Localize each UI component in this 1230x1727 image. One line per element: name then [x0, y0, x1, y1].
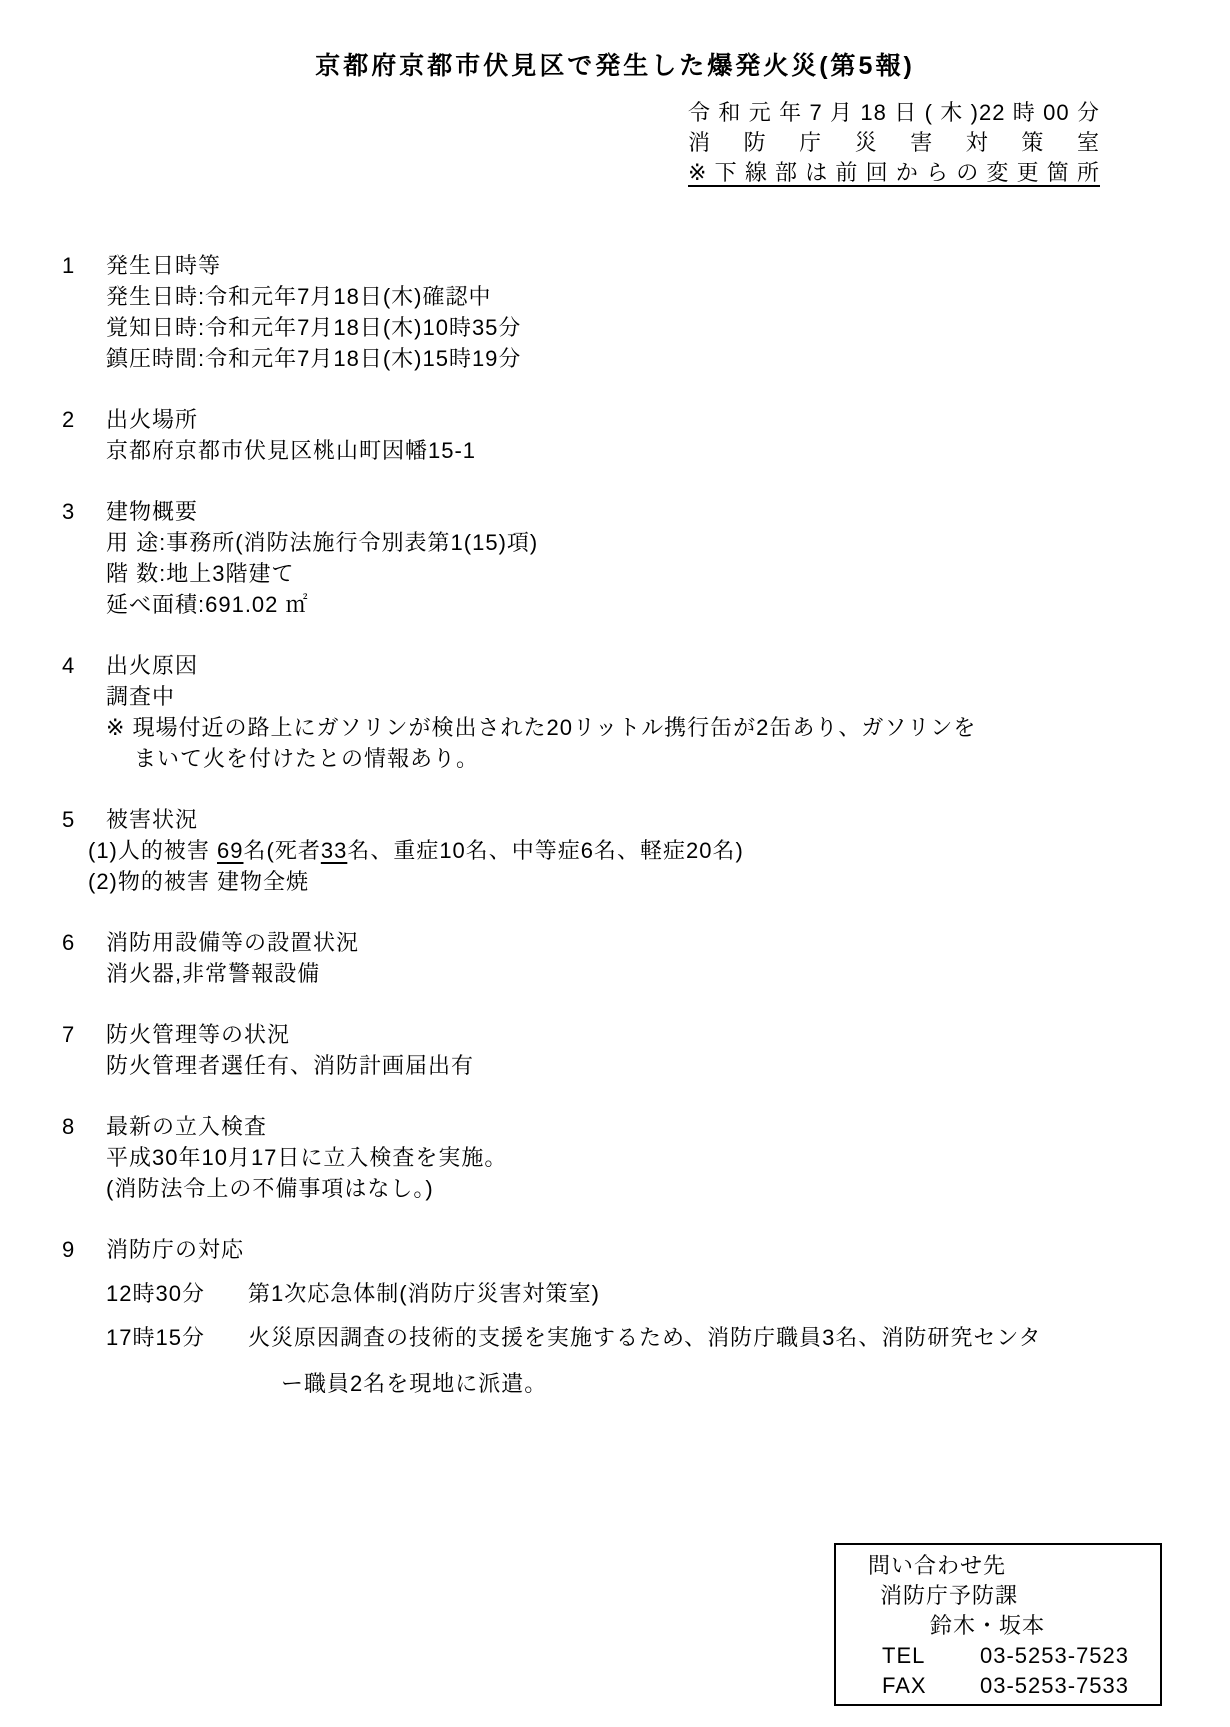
contact-fax-row: FAX 03-5253-7533	[882, 1671, 1160, 1701]
section-2-title: 出火場所	[106, 404, 198, 435]
tel-number: 03-5253-7523	[980, 1641, 1129, 1671]
contact-box: 問い合わせ先 消防庁予防課 鈴木・坂本 TEL 03-5253-7523 FAX…	[834, 1543, 1162, 1706]
section-7-title: 防火管理等の状況	[106, 1019, 290, 1050]
section-9-title: 消防庁の対応	[106, 1234, 244, 1265]
contact-tel-row: TEL 03-5253-7523	[882, 1641, 1160, 1671]
sections: 1 発生日時等 発生日時:令和元年7月18日(木)確認中 覚知日時:令和元年7月…	[62, 250, 1230, 1399]
section-3: 3 建物概要 用 途:事務所(消防法施行令別表第1(15)項) 階 数:地上3階…	[62, 496, 1230, 620]
section-7-number: 7	[62, 1019, 106, 1050]
section-4-gasoline-note-cont: まいて火を付けたとの情報あり。	[134, 743, 1230, 774]
section-3-title: 建物概要	[106, 496, 198, 527]
header-block: 令和元年7月18日(木)22時00分 消防庁災害対策室 ※下線部は前回からの変更…	[688, 98, 1100, 188]
section-8-inspection-date: 平成30年10月17日に立入検査を実施。	[106, 1142, 1230, 1173]
entry-2-text: 火災原因調査の技術的支援を実施するため、消防庁職員3名、消防研究センタ	[248, 1322, 1041, 1353]
death-count: 33	[321, 838, 347, 863]
contact-heading: 問い合わせ先	[868, 1551, 1160, 1581]
section-6-equipment: 消火器,非常警報設備	[106, 958, 1230, 989]
section-7: 7 防火管理等の状況 防火管理者選任有、消防計画届出有	[62, 1019, 1230, 1081]
section-8-title: 最新の立入検査	[106, 1111, 267, 1142]
section-4-status: 調査中	[106, 681, 1230, 712]
section-9-entry-2-continuation: ー職員2名を現地に派遣。	[281, 1368, 1230, 1399]
human-damage-detail: 名、重症10名、中等症6名、軽症20名)	[347, 838, 744, 863]
fax-label: FAX	[882, 1671, 980, 1701]
section-1-awareness-time: 覚知日時:令和元年7月18日(木)10時35分	[106, 312, 1230, 343]
human-damage-mid: 名(死者	[244, 838, 321, 863]
section-8-number: 8	[62, 1111, 106, 1142]
entry-2-time: 17時15分	[106, 1322, 248, 1353]
issuing-office: 消防庁災害対策室	[688, 128, 1100, 158]
document-page: 京都府京都市伏見区で発生した爆発火災(第5報) 令和元年7月18日(木)22時0…	[0, 0, 1230, 1727]
entry-1-time: 12時30分	[106, 1278, 248, 1309]
section-1-title: 発生日時等	[106, 250, 221, 281]
section-7-management-status: 防火管理者選任有、消防計画届出有	[106, 1050, 1230, 1081]
report-datetime: 令和元年7月18日(木)22時00分	[688, 98, 1100, 128]
contact-department: 消防庁予防課	[880, 1581, 1160, 1611]
section-9-entry-2: 17時15分 火災原因調査の技術的支援を実施するため、消防庁職員3名、消防研究セ…	[106, 1322, 1230, 1353]
section-9-number: 9	[62, 1234, 106, 1265]
section-9-entry-1: 12時30分 第1次応急体制(消防庁災害対策室)	[106, 1278, 1230, 1309]
section-3-usage: 用 途:事務所(消防法施行令別表第1(15)項)	[106, 527, 1230, 558]
section-4-gasoline-note: ※ 現場付近の路上にガソリンが検出された20リットル携行缶が2缶あり、ガソリンを	[106, 712, 1230, 743]
section-5-property-damage: (2)物的被害 建物全焼	[88, 866, 1230, 897]
entry-1-text: 第1次応急体制(消防庁災害対策室)	[248, 1278, 600, 1309]
contact-persons: 鈴木・坂本	[930, 1611, 1160, 1641]
section-2-number: 2	[62, 404, 106, 435]
section-6-number: 6	[62, 927, 106, 958]
section-1-suppression-time: 鎮圧時間:令和元年7月18日(木)15時19分	[106, 343, 1230, 374]
section-2: 2 出火場所 京都府京都市伏見区桃山町因幡15-1	[62, 404, 1230, 466]
section-1-occurrence-time: 発生日時:令和元年7月18日(木)確認中	[106, 281, 1230, 312]
section-4-title: 出火原因	[106, 650, 198, 681]
section-3-floors: 階 数:地上3階建て	[106, 558, 1230, 589]
fax-number: 03-5253-7533	[980, 1671, 1129, 1701]
casualty-total: 69	[217, 838, 243, 863]
section-4: 4 出火原因 調査中 ※ 現場付近の路上にガソリンが検出された20リットル携行缶…	[62, 650, 1230, 774]
section-3-floor-area: 延べ面積:691.02 ㎡	[106, 589, 1230, 620]
section-9: 9 消防庁の対応 12時30分 第1次応急体制(消防庁災害対策室) 17時15分…	[62, 1234, 1230, 1399]
human-damage-label: (1)人的被害	[88, 838, 217, 863]
section-6: 6 消防用設備等の設置状況 消火器,非常警報設備	[62, 927, 1230, 989]
section-5-number: 5	[62, 804, 106, 835]
section-3-number: 3	[62, 496, 106, 527]
section-4-number: 4	[62, 650, 106, 681]
section-8: 8 最新の立入検査 平成30年10月17日に立入検査を実施。 (消防法令上の不備…	[62, 1111, 1230, 1204]
section-2-address: 京都府京都市伏見区桃山町因幡15-1	[106, 435, 1230, 466]
section-6-title: 消防用設備等の設置状況	[106, 927, 359, 958]
section-5: 5 被害状況 (1)人的被害 69名(死者33名、重症10名、中等症6名、軽症2…	[62, 804, 1230, 897]
section-8-inspection-result: (消防法令上の不備事項はなし。)	[106, 1173, 1230, 1204]
section-1-number: 1	[62, 250, 106, 281]
underline-change-note: ※下線部は前回からの変更箇所	[688, 158, 1100, 188]
tel-label: TEL	[882, 1641, 980, 1671]
section-5-title: 被害状況	[106, 804, 198, 835]
document-title: 京都府京都市伏見区で発生した爆発火災(第5報)	[0, 0, 1230, 82]
section-5-human-damage: (1)人的被害 69名(死者33名、重症10名、中等症6名、軽症20名)	[88, 835, 1230, 866]
section-1: 1 発生日時等 発生日時:令和元年7月18日(木)確認中 覚知日時:令和元年7月…	[62, 250, 1230, 374]
